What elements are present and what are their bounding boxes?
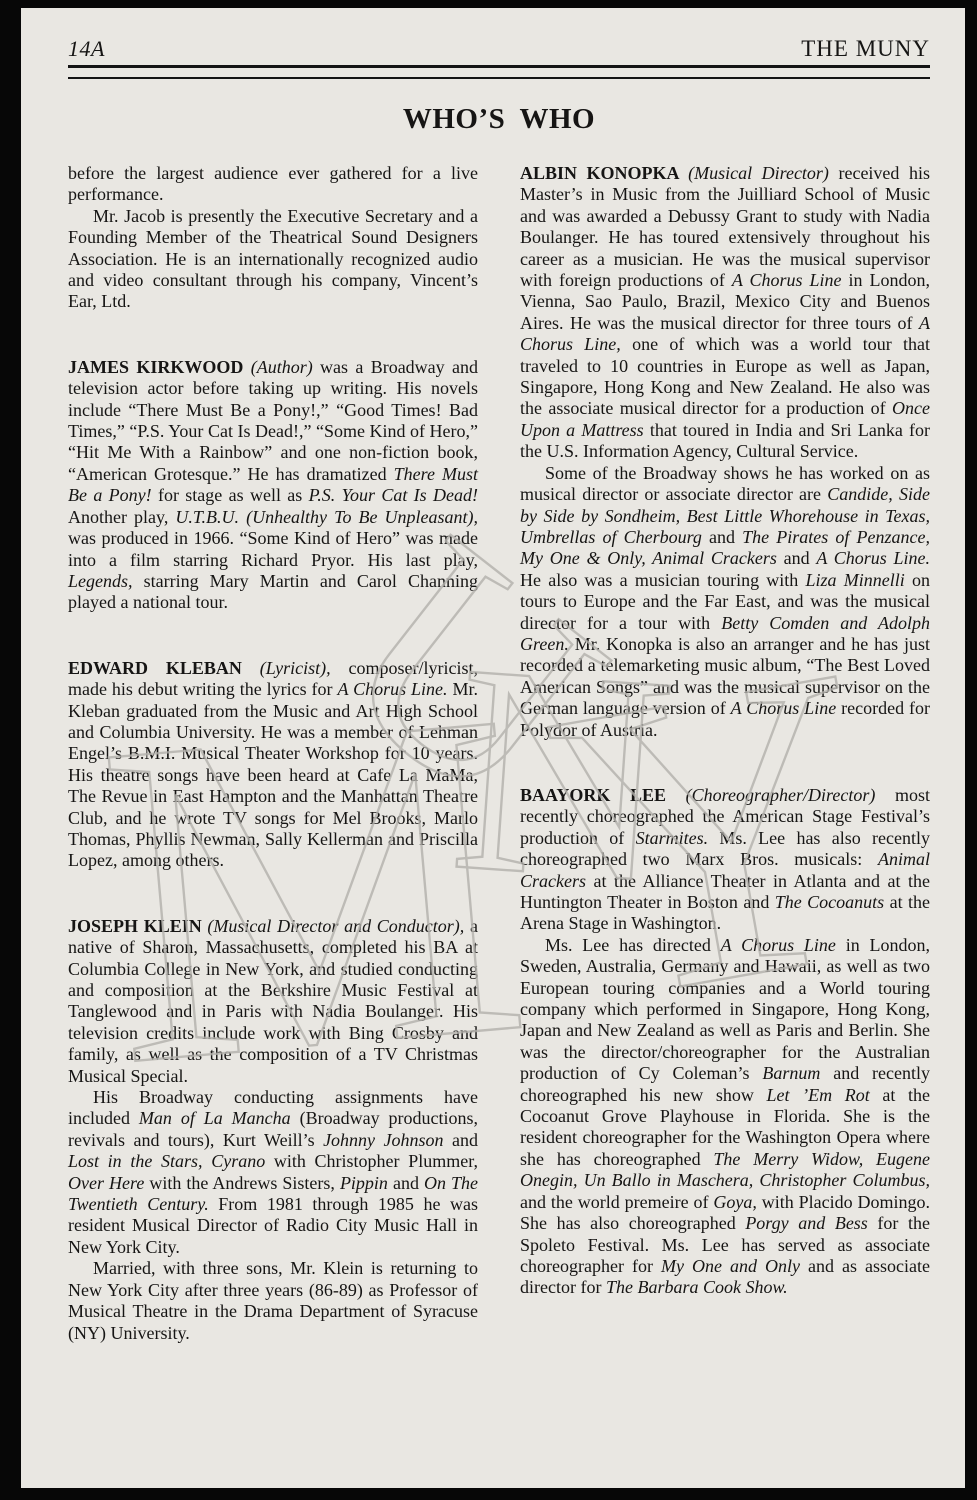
left-column: before the largest audience ever gathere… [68, 163, 478, 1344]
bio-paragraph: EDWARD KLEBAN (Lyricist), composer/lyric… [68, 658, 478, 872]
right-column: ALBIN KONOPKA (Musical Director) receive… [520, 163, 930, 1344]
bio-paragraph: before the largest audience ever gathere… [68, 163, 478, 206]
bio-paragraph: His Broadway conducting assignments have… [68, 1087, 478, 1258]
bio-paragraph: Mr. Jacob is presently the Executive Sec… [68, 206, 478, 313]
publication-name: THE MUNY [801, 36, 930, 62]
bio-columns: before the largest audience ever gathere… [68, 163, 930, 1344]
bio-paragraph: ALBIN KONOPKA (Musical Director) receive… [520, 163, 930, 463]
scan-border-right [965, 0, 977, 1500]
scan-border-left [0, 0, 21, 1500]
scan-border-bottom [0, 1488, 977, 1500]
program-page-scan: M U N Y 14A THE MUNY WHO’S WHO before th… [0, 0, 977, 1500]
header-rule [68, 65, 930, 79]
bio-paragraph: JAMES KIRKWOOD (Author) was a Broadway a… [68, 357, 478, 614]
section-title: WHO’S WHO [68, 103, 930, 136]
scan-border-top [0, 0, 977, 8]
page-number: 14A [68, 36, 105, 62]
page-content: 14A THE MUNY WHO’S WHO before the larges… [68, 36, 930, 1344]
bio-paragraph: Some of the Broadway shows he has worked… [520, 463, 930, 741]
bio-paragraph: BAAYORK LEE (Choreographer/Director) mos… [520, 785, 930, 935]
bio-paragraph: JOSEPH KLEIN (Musical Director and Condu… [68, 916, 478, 1087]
bio-paragraph: Married, with three sons, Mr. Klein is r… [68, 1258, 478, 1344]
bio-paragraph: Ms. Lee has directed A Chorus Line in Lo… [520, 935, 930, 1299]
page-header: 14A THE MUNY [68, 36, 930, 62]
